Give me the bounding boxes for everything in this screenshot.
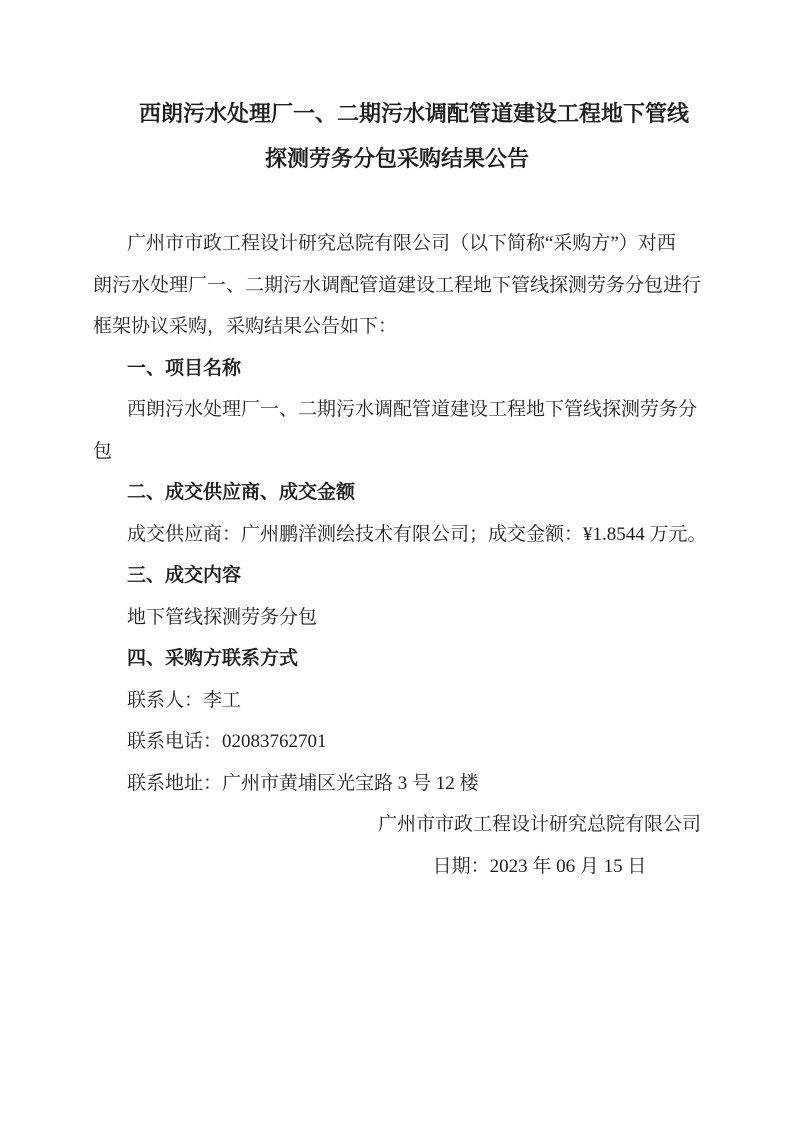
section-1-line-1: 西朗污水处理厂一、二期污水调配管道建设工程地下管线探测劳务分 xyxy=(93,389,701,431)
signature-block: 广州市市政工程设计研究总院有限公司 日期：2023 年 06 月 15 日 xyxy=(93,804,701,887)
contact-address-line: 联系地址：广州市黄埔区光宝路 3 号 12 楼 xyxy=(93,763,701,805)
document-body: 广州市市政工程设计研究总院有限公司（以下简称“采购方”）对西 朗污水处理厂一、二… xyxy=(93,223,701,887)
title-line-1: 西朗污水处理厂一、二期污水调配管道建设工程地下管线 xyxy=(93,91,701,136)
intro-line-3: 框架协议采购，采购结果公告如下： xyxy=(93,306,701,348)
title-line-2: 探测劳务分包采购结果公告 xyxy=(93,136,701,181)
section-1-heading: 一、项目名称 xyxy=(93,348,701,390)
section-1-line-2: 包 xyxy=(93,431,701,473)
signature-company: 广州市市政工程设计研究总院有限公司 xyxy=(378,804,701,846)
document-title: 西朗污水处理厂一、二期污水调配管道建设工程地下管线 探测劳务分包采购结果公告 xyxy=(93,91,701,181)
signature-inner: 广州市市政工程设计研究总院有限公司 日期：2023 年 06 月 15 日 xyxy=(378,804,701,887)
intro-line-1: 广州市市政工程设计研究总院有限公司（以下简称“采购方”）对西 xyxy=(93,223,701,265)
section-2-line-1: 成交供应商：广州鹏洋测绘技术有限公司；成交金额：¥1.8544 万元。 xyxy=(93,514,701,556)
section-4-heading: 四、采购方联系方式 xyxy=(93,638,701,680)
contact-person-line: 联系人：李工 xyxy=(93,680,701,722)
signature-date: 日期：2023 年 06 月 15 日 xyxy=(378,846,701,888)
intro-line-2: 朗污水处理厂一、二期污水调配管道建设工程地下管线探测劳务分包进行 xyxy=(93,265,701,307)
contact-phone-line: 联系电话：02083762701 xyxy=(93,721,701,763)
section-3-line-1: 地下管线探测劳务分包 xyxy=(93,597,701,639)
document-page: 西朗污水处理厂一、二期污水调配管道建设工程地下管线 探测劳务分包采购结果公告 广… xyxy=(0,0,793,1122)
section-3-heading: 三、成交内容 xyxy=(93,555,701,597)
section-2-heading: 二、成交供应商、成交金额 xyxy=(93,472,701,514)
